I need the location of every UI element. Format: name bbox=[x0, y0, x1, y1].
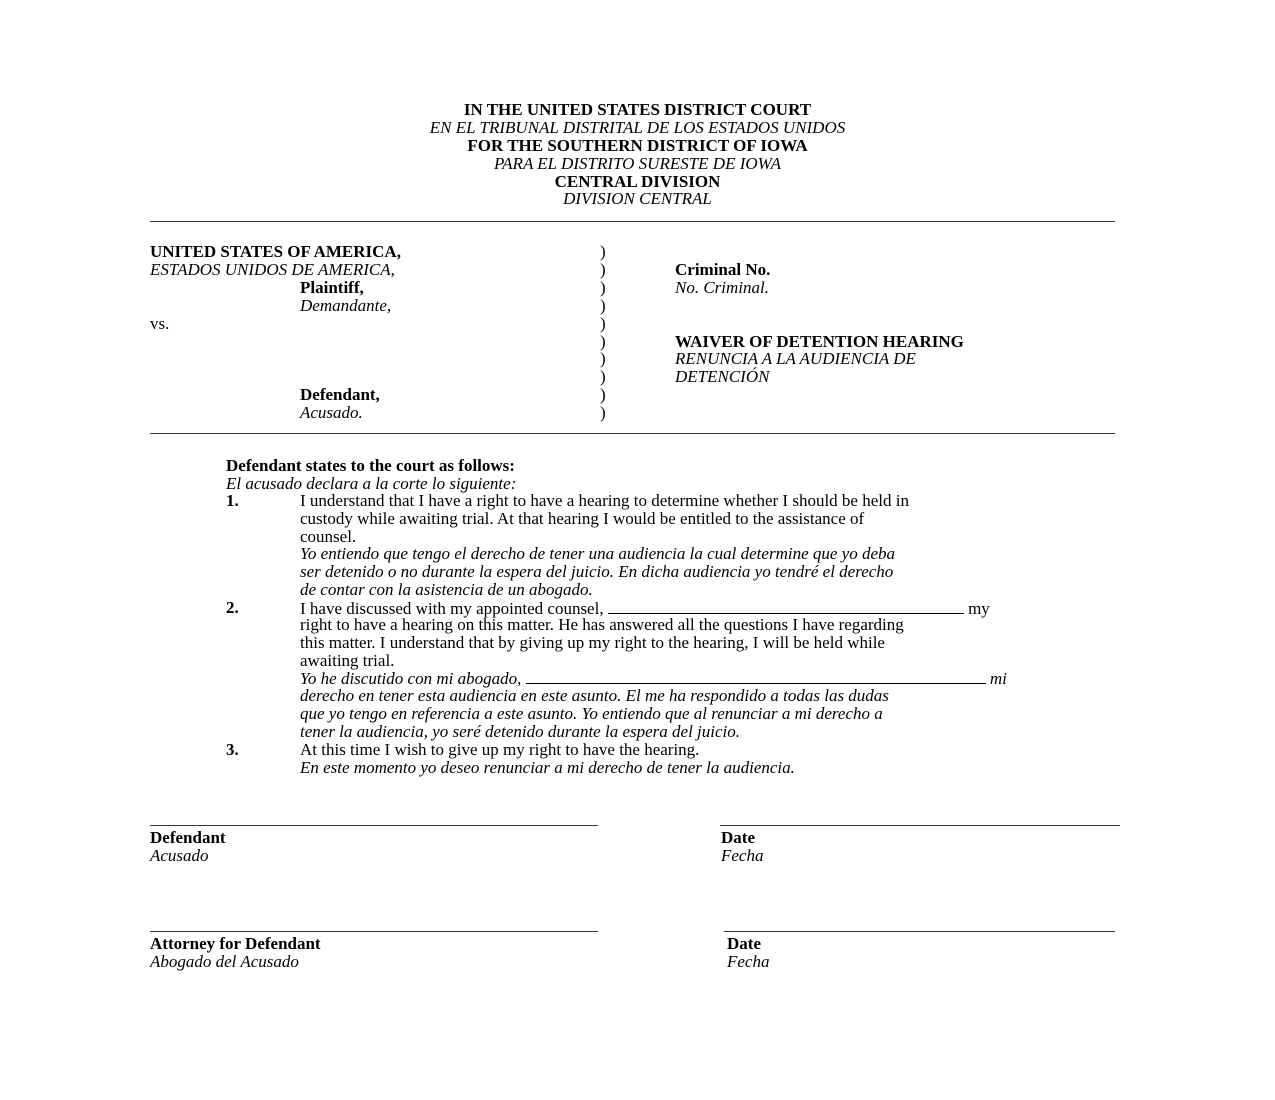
caption-paren: ) bbox=[600, 386, 606, 404]
defendant-label-es: Acusado. bbox=[300, 404, 363, 422]
division-name-es: DIVISION CENTRAL bbox=[0, 190, 1275, 208]
versus-text: vs. bbox=[150, 315, 169, 333]
attorney-signature-line[interactable] bbox=[150, 931, 598, 932]
counsel-name-field[interactable] bbox=[608, 599, 964, 614]
item-1-text: custody while awaiting trial. At that he… bbox=[300, 510, 864, 528]
document-title-es: RENUNCIA A LA AUDIENCIA DE bbox=[675, 350, 916, 368]
caption-paren: ) bbox=[600, 279, 606, 297]
item-3-text-es: En este momento yo deseo renunciar a mi … bbox=[300, 759, 795, 777]
defendant-signature-label: Defendant bbox=[150, 829, 226, 847]
item-2-text: right to have a hearing on this matter. … bbox=[300, 616, 904, 634]
plaintiff-name-es: ESTADOS UNIDOS DE AMERICA, bbox=[150, 261, 395, 279]
defendant-date-label: Date bbox=[721, 829, 755, 847]
item-number: 3. bbox=[226, 741, 239, 759]
caption-paren: ) bbox=[600, 368, 606, 386]
plaintiff-label-es: Demandante, bbox=[300, 297, 391, 315]
defendant-date-line[interactable] bbox=[720, 825, 1120, 826]
item-1-text-es: Yo entiendo que tengo el derecho de tene… bbox=[300, 545, 895, 563]
caption-paren: ) bbox=[600, 243, 606, 261]
attorney-date-label-es: Fecha bbox=[727, 953, 769, 971]
attorney-signature-label: Attorney for Defendant bbox=[150, 935, 321, 953]
defendant-signature-line[interactable] bbox=[150, 825, 598, 826]
item-1-text-es: de contar con la asistencia de un abogad… bbox=[300, 581, 593, 599]
document-title-es-2: DETENCIÓN bbox=[675, 368, 769, 386]
caption-paren: ) bbox=[600, 261, 606, 279]
criminal-no-label: Criminal No. bbox=[675, 261, 770, 279]
attorney-date-label: Date bbox=[727, 935, 761, 953]
caption-paren: ) bbox=[600, 404, 606, 422]
caption-paren: ) bbox=[600, 315, 606, 333]
court-name-es: EN EL TRIBUNAL DISTRITAL DE LOS ESTADOS … bbox=[0, 119, 1275, 137]
plaintiff-label: Plaintiff, bbox=[300, 279, 364, 297]
item-2-text: my bbox=[968, 599, 990, 618]
defendant-date-label-es: Fecha bbox=[721, 847, 763, 865]
item-1-text-es: ser detenido o no durante la espera del … bbox=[300, 563, 893, 581]
criminal-no-label-es: No. Criminal. bbox=[675, 279, 769, 297]
defendant-signature-label-es: Acusado bbox=[150, 847, 209, 865]
item-2-text-es: que yo tengo en referencia a este asunto… bbox=[300, 705, 883, 723]
intro-statement: Defendant states to the court as follows… bbox=[226, 457, 515, 475]
item-2-text-es: mi bbox=[990, 669, 1007, 688]
district-name: FOR THE SOUTHERN DISTRICT OF IOWA bbox=[0, 137, 1275, 155]
district-name-es: PARA EL DISTRITO SURESTE DE IOWA bbox=[0, 155, 1275, 173]
caption-divider bbox=[150, 433, 1115, 434]
item-number: 2. bbox=[226, 599, 239, 617]
item-2-text: this matter. I understand that by giving… bbox=[300, 634, 885, 652]
item-2-text: awaiting trial. bbox=[300, 652, 394, 670]
caption-paren: ) bbox=[600, 350, 606, 368]
attorney-signature-label-es: Abogado del Acusado bbox=[150, 953, 299, 971]
item-1-text: I understand that I have a right to have… bbox=[300, 492, 909, 510]
header-divider bbox=[150, 221, 1115, 222]
plaintiff-name: UNITED STATES OF AMERICA, bbox=[150, 243, 401, 261]
item-2-text-es: derecho en tener esta audiencia en este … bbox=[300, 687, 889, 705]
counsel-name-field-es[interactable] bbox=[526, 669, 986, 684]
defendant-label: Defendant, bbox=[300, 386, 380, 404]
caption-paren: ) bbox=[600, 297, 606, 315]
attorney-date-line[interactable] bbox=[724, 931, 1115, 932]
item-3-text: At this time I wish to give up my right … bbox=[300, 741, 699, 759]
item-number: 1. bbox=[226, 492, 239, 510]
court-name: IN THE UNITED STATES DISTRICT COURT bbox=[0, 101, 1275, 119]
item-2-text-es: tener la audiencia, yo seré detenido dur… bbox=[300, 723, 740, 741]
